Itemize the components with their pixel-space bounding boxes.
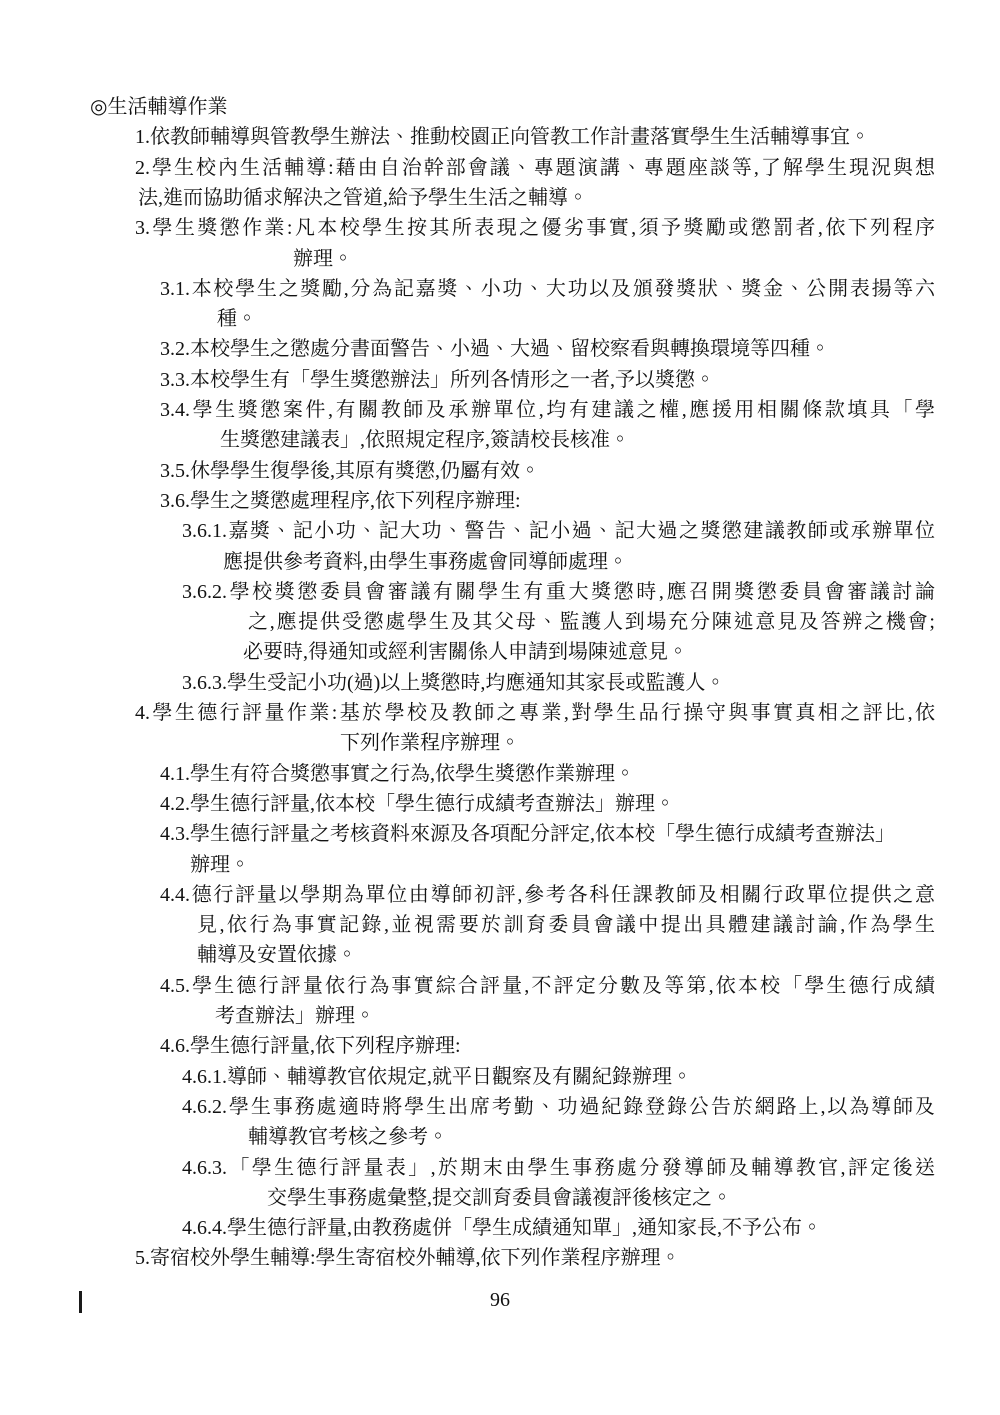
text-line: 3.3.本校學生有「學生獎懲辦法」所列各情形之一者,予以獎懲。: [160, 366, 935, 394]
text-line: 輔導及安置依據。: [197, 941, 935, 969]
text-line: 法,進而協助循求解決之管道,給予學生生活之輔導。: [138, 184, 935, 212]
text-line: 輔導教官考核之參考。: [248, 1123, 935, 1151]
text-line: 4.6.4.學生德行評量,由教務處併「學生成績通知單」,通知家長,不予公布。: [182, 1214, 935, 1242]
document-page: ◎生活輔導作業1.依教師輔導與管教學生辦法、推動校園正向管教工作計畫落實學生生活…: [0, 0, 1000, 1415]
text-line: 應提供參考資料,由學生事務處會同導師處理。: [223, 548, 935, 576]
text-line: 3.6.學生之獎懲處理程序,依下列程序辦理:: [160, 487, 935, 515]
text-line: 3.學生獎懲作業:凡本校學生按其所表現之優劣事實,須予獎勵或懲罰者,依下列程序: [135, 214, 935, 242]
text-line: 考查辦法」辦理。: [215, 1002, 935, 1030]
text-line: 4.學生德行評量作業:基於學校及教師之專業,對學生品行操守與事實真相之評比,依: [135, 699, 935, 727]
text-line: 4.6.1.導師、輔導教官依規定,就平日觀察及有關紀錄辦理。: [182, 1063, 935, 1091]
text-line: 4.5.學生德行評量依行為事實綜合評量,不評定分數及等第,依本校「學生德行成績: [160, 972, 935, 1000]
text-line: 3.5.休學學生復學後,其原有獎懲,仍屬有效。: [160, 457, 935, 485]
text-line: 4.6.3.「學生德行評量表」,於期末由學生事務處分發導師及輔導教官,評定後送: [182, 1154, 935, 1182]
text-line: 辦理。: [293, 245, 935, 273]
text-line: 4.6.學生德行評量,依下列程序辦理:: [160, 1032, 935, 1060]
text-line: 4.6.2.學生事務處適時將學生出席考勤、功過紀錄登錄公告於網路上,以為導師及: [182, 1093, 935, 1121]
text-line: 必要時,得通知或經利害關係人申請到場陳述意見。: [243, 638, 935, 666]
text-line: ◎生活輔導作業: [90, 93, 935, 121]
text-line: 生獎懲建議表」,依照規定程序,簽請校長核准。: [220, 426, 935, 454]
text-line: 3.6.2.學校獎懲委員會審議有關學生有重大獎懲時,應召開獎懲委員會審議討論: [182, 578, 935, 606]
text-line: 辦理。: [190, 851, 935, 879]
text-line: 2.學生校內生活輔導:藉由自治幹部會議、專題演講、專題座談等,了解學生現況與想: [135, 154, 935, 182]
page-number: 96: [0, 1288, 1000, 1312]
text-line: 3.6.1.嘉獎、記小功、記大功、警告、記小過、記大過之獎懲建議教師或承辦單位: [182, 517, 935, 545]
text-line: 4.2.學生德行評量,依本校「學生德行成績考查辦法」辦理。: [160, 790, 935, 818]
text-line: 4.1.學生有符合獎懲事實之行為,依學生獎懲作業辦理。: [160, 760, 935, 788]
text-line: 下列作業程序辦理。: [340, 729, 935, 757]
text-line: 見,依行為事實記錄,並視需要於訓育委員會議中提出具體建議討論,作為學生: [197, 911, 935, 939]
text-line: 5.寄宿校外學生輔導:學生寄宿校外輔導,依下列作業程序辦理。: [135, 1244, 935, 1272]
text-line: 3.1.本校學生之獎勵,分為記嘉獎、小功、大功以及頒發獎狀、獎金、公開表揚等六: [160, 275, 935, 303]
text-line: 4.4.德行評量以學期為單位由導師初評,參考各科任課教師及相關行政單位提供之意: [160, 881, 935, 909]
text-line: 4.3.學生德行評量之考核資料來源及各項配分評定,依本校「學生德行成績考查辦法」: [160, 820, 935, 848]
text-line: 之,應提供受懲處學生及其父母、監護人到場充分陳述意見及答辨之機會;: [248, 608, 935, 636]
text-line: 3.2.本校學生之懲處分書面警告、小過、大過、留校察看與轉換環境等四種。: [160, 335, 935, 363]
text-line: 交學生事務處彙整,提交訓育委員會議複評後核定之。: [267, 1184, 935, 1212]
document-lines: ◎生活輔導作業1.依教師輔導與管教學生辦法、推動校園正向管教工作計畫落實學生生活…: [0, 0, 1000, 1415]
text-line: 1.依教師輔導與管教學生辦法、推動校園正向管教工作計畫落實學生生活輔導事宜。: [135, 123, 935, 151]
text-line: 種。: [217, 305, 935, 333]
text-line: 3.6.3.學生受記小功(過)以上獎懲時,均應通知其家長或監護人。: [182, 669, 935, 697]
text-line: 3.4.學生獎懲案件,有關教師及承辦單位,均有建議之權,應援用相關條款填具「學: [160, 396, 935, 424]
